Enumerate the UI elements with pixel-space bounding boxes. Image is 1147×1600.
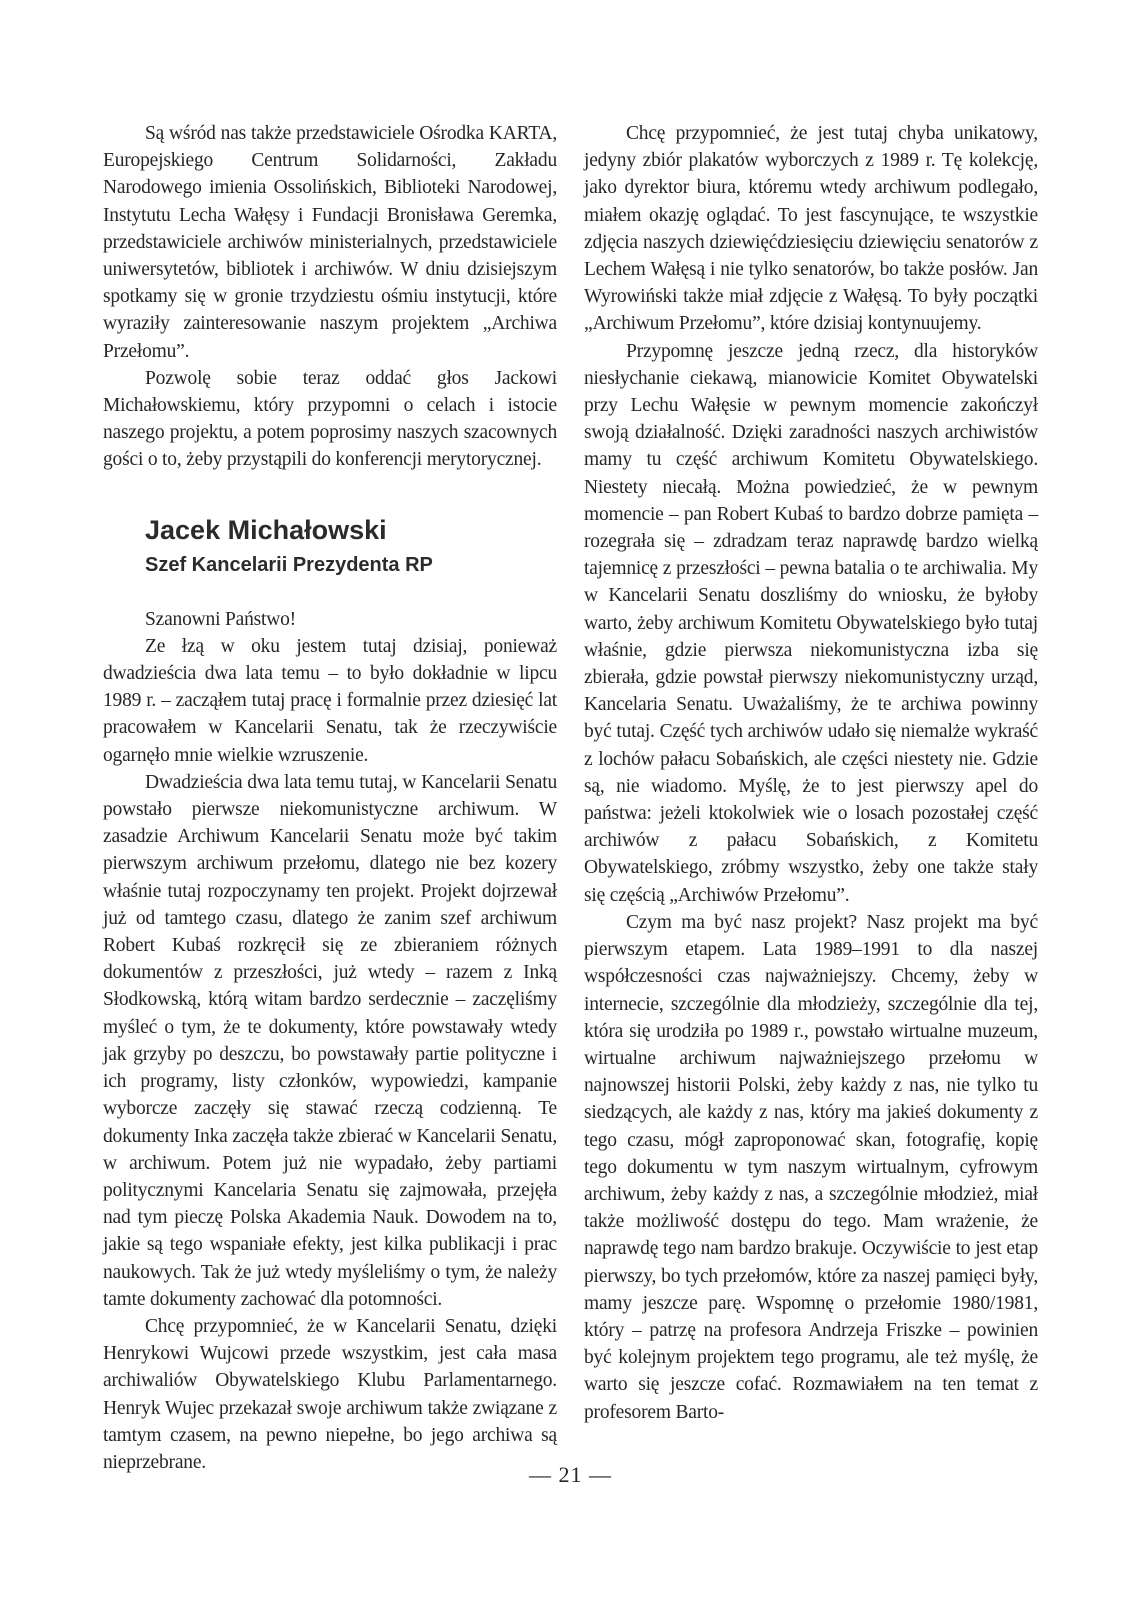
paragraph: Są wśród nas także przedstawiciele Ośrod…: [103, 120, 557, 365]
document-page: Są wśród nas także przedstawiciele Ośrod…: [0, 0, 1147, 1600]
right-column: Chcę przypomnieć, że jest tutaj chyba un…: [584, 120, 1038, 1426]
left-column: Są wśród nas także przedstawiciele Ośrod…: [103, 120, 557, 1476]
paragraph: Pozwolę sobie teraz oddać głos Jackowi M…: [103, 365, 557, 474]
paragraph: Chcę przypomnieć, że w Kancelarii Senatu…: [103, 1313, 557, 1476]
paragraph: Czym ma być nasz projekt? Nasz projekt m…: [584, 909, 1038, 1426]
speaker-heading: Jacek MichałowskiSzef Kancelarii Prezyde…: [145, 514, 557, 578]
paragraph: Ze łzą w oku jestem tutaj dzisiaj, ponie…: [103, 633, 557, 769]
speaker-name: Jacek Michałowski: [145, 514, 557, 546]
paragraph: Dwadzieścia dwa lata temu tutaj, w Kance…: [103, 769, 557, 1313]
paragraph: Przypomnę jeszcze jedną rzecz, dla histo…: [584, 338, 1038, 909]
speaker-title: Szef Kancelarii Prezydenta RP: [145, 552, 557, 578]
paragraph: Szanowni Państwo!: [103, 606, 557, 633]
page-number: — 21 —: [103, 1462, 1038, 1488]
paragraph: Chcę przypomnieć, że jest tutaj chyba un…: [584, 120, 1038, 338]
